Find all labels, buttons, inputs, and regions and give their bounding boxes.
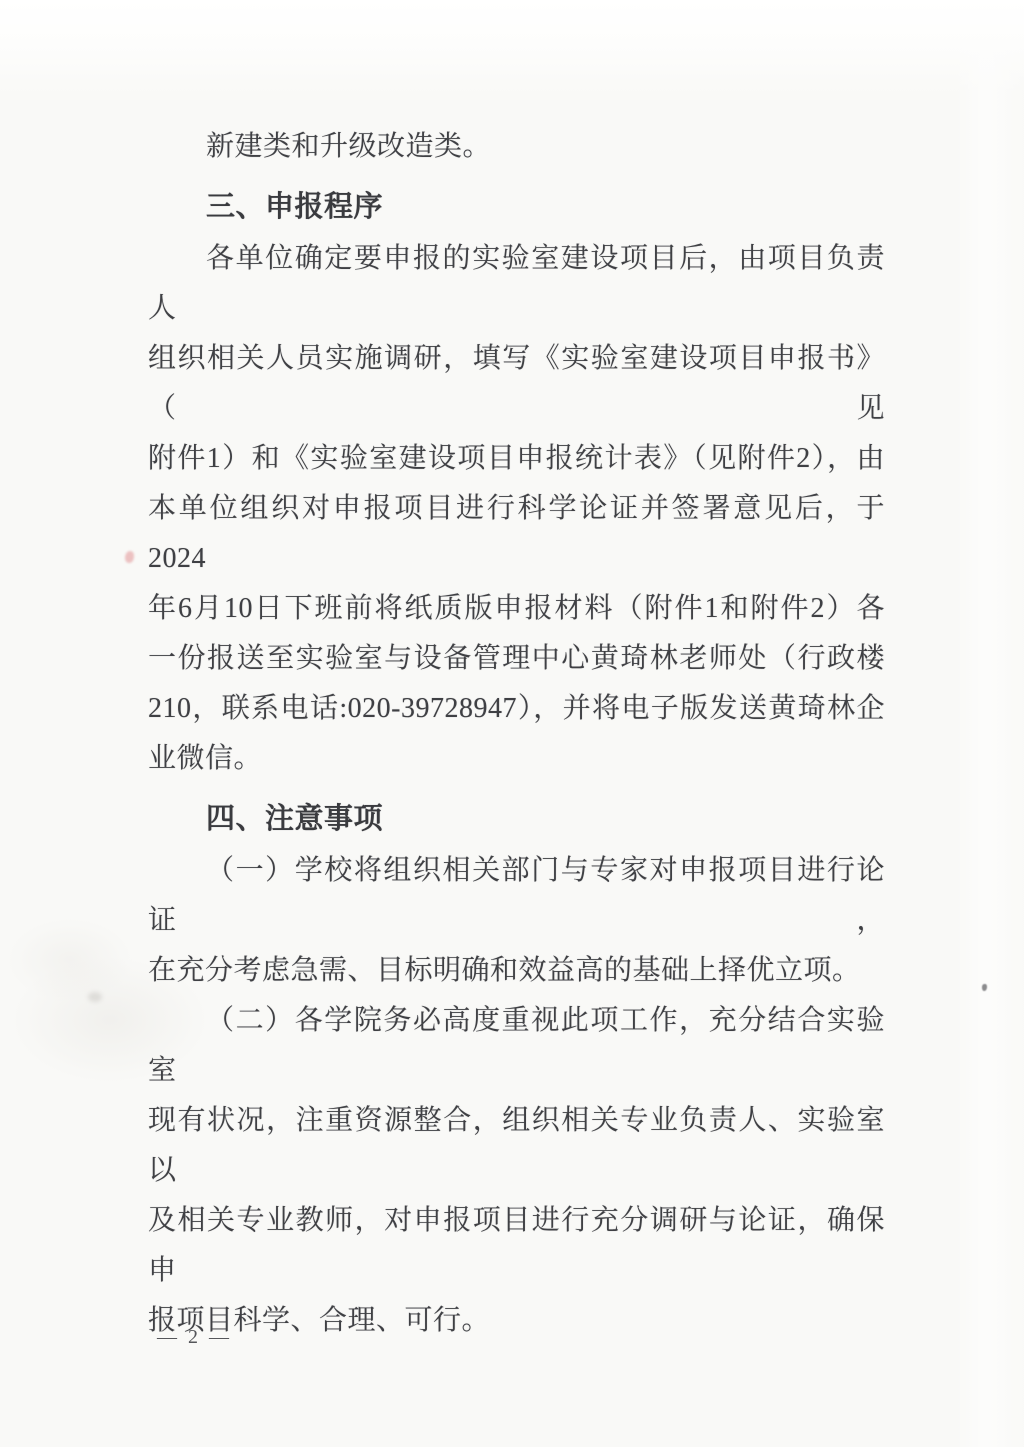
- text-line: 附件1）和《实验室建设项目申报统计表》（见附件2），由: [148, 434, 885, 484]
- text-line: 新建类和升级改造类。: [148, 122, 885, 172]
- text-line: 在充分考虑急需、目标明确和效益高的基础上择优立项。: [148, 946, 885, 996]
- text-line: 业微信。: [148, 734, 885, 784]
- text-line: 一份报送至实验室与设备管理中心黄琦林老师处（行政楼: [148, 634, 885, 684]
- page-number: — 2 —: [157, 1326, 232, 1349]
- text-line: 210，联系电话:020-39728947），并将电子版发送黄琦林企: [148, 684, 885, 734]
- text-line: （二）各学院务必高度重视此项工作，充分结合实验室: [148, 996, 885, 1096]
- scan-speck-faint: [88, 992, 102, 1002]
- text-line: 现有状况，注重资源整合，组织相关专业负责人、实验室以: [148, 1096, 885, 1196]
- text-line: （一）学校将组织相关部门与专家对申报项目进行论证，: [148, 846, 885, 946]
- text-line: 各单位确定要申报的实验室建设项目后，由项目负责人: [148, 234, 885, 334]
- document-body: 新建类和升级改造类。 三、申报程序 各单位确定要申报的实验室建设项目后，由项目负…: [148, 122, 885, 1346]
- text-line: 及相关专业教师，对申报项目进行充分调研与论证，确保申: [148, 1196, 885, 1296]
- text-line: 组织相关人员实施调研，填写《实验室建设项目申报书》（见: [148, 334, 885, 434]
- text-line: 本单位组织对申报项目进行科学论证并签署意见后，于2024: [148, 484, 885, 584]
- section-heading: 三、申报程序: [148, 182, 885, 232]
- section-heading: 四、注意事项: [148, 794, 885, 844]
- text-line: 报项目科学、合理、可行。: [148, 1296, 885, 1346]
- text-line: 年6月10日下班前将纸质版申报材料（附件1和附件2）各: [148, 584, 885, 634]
